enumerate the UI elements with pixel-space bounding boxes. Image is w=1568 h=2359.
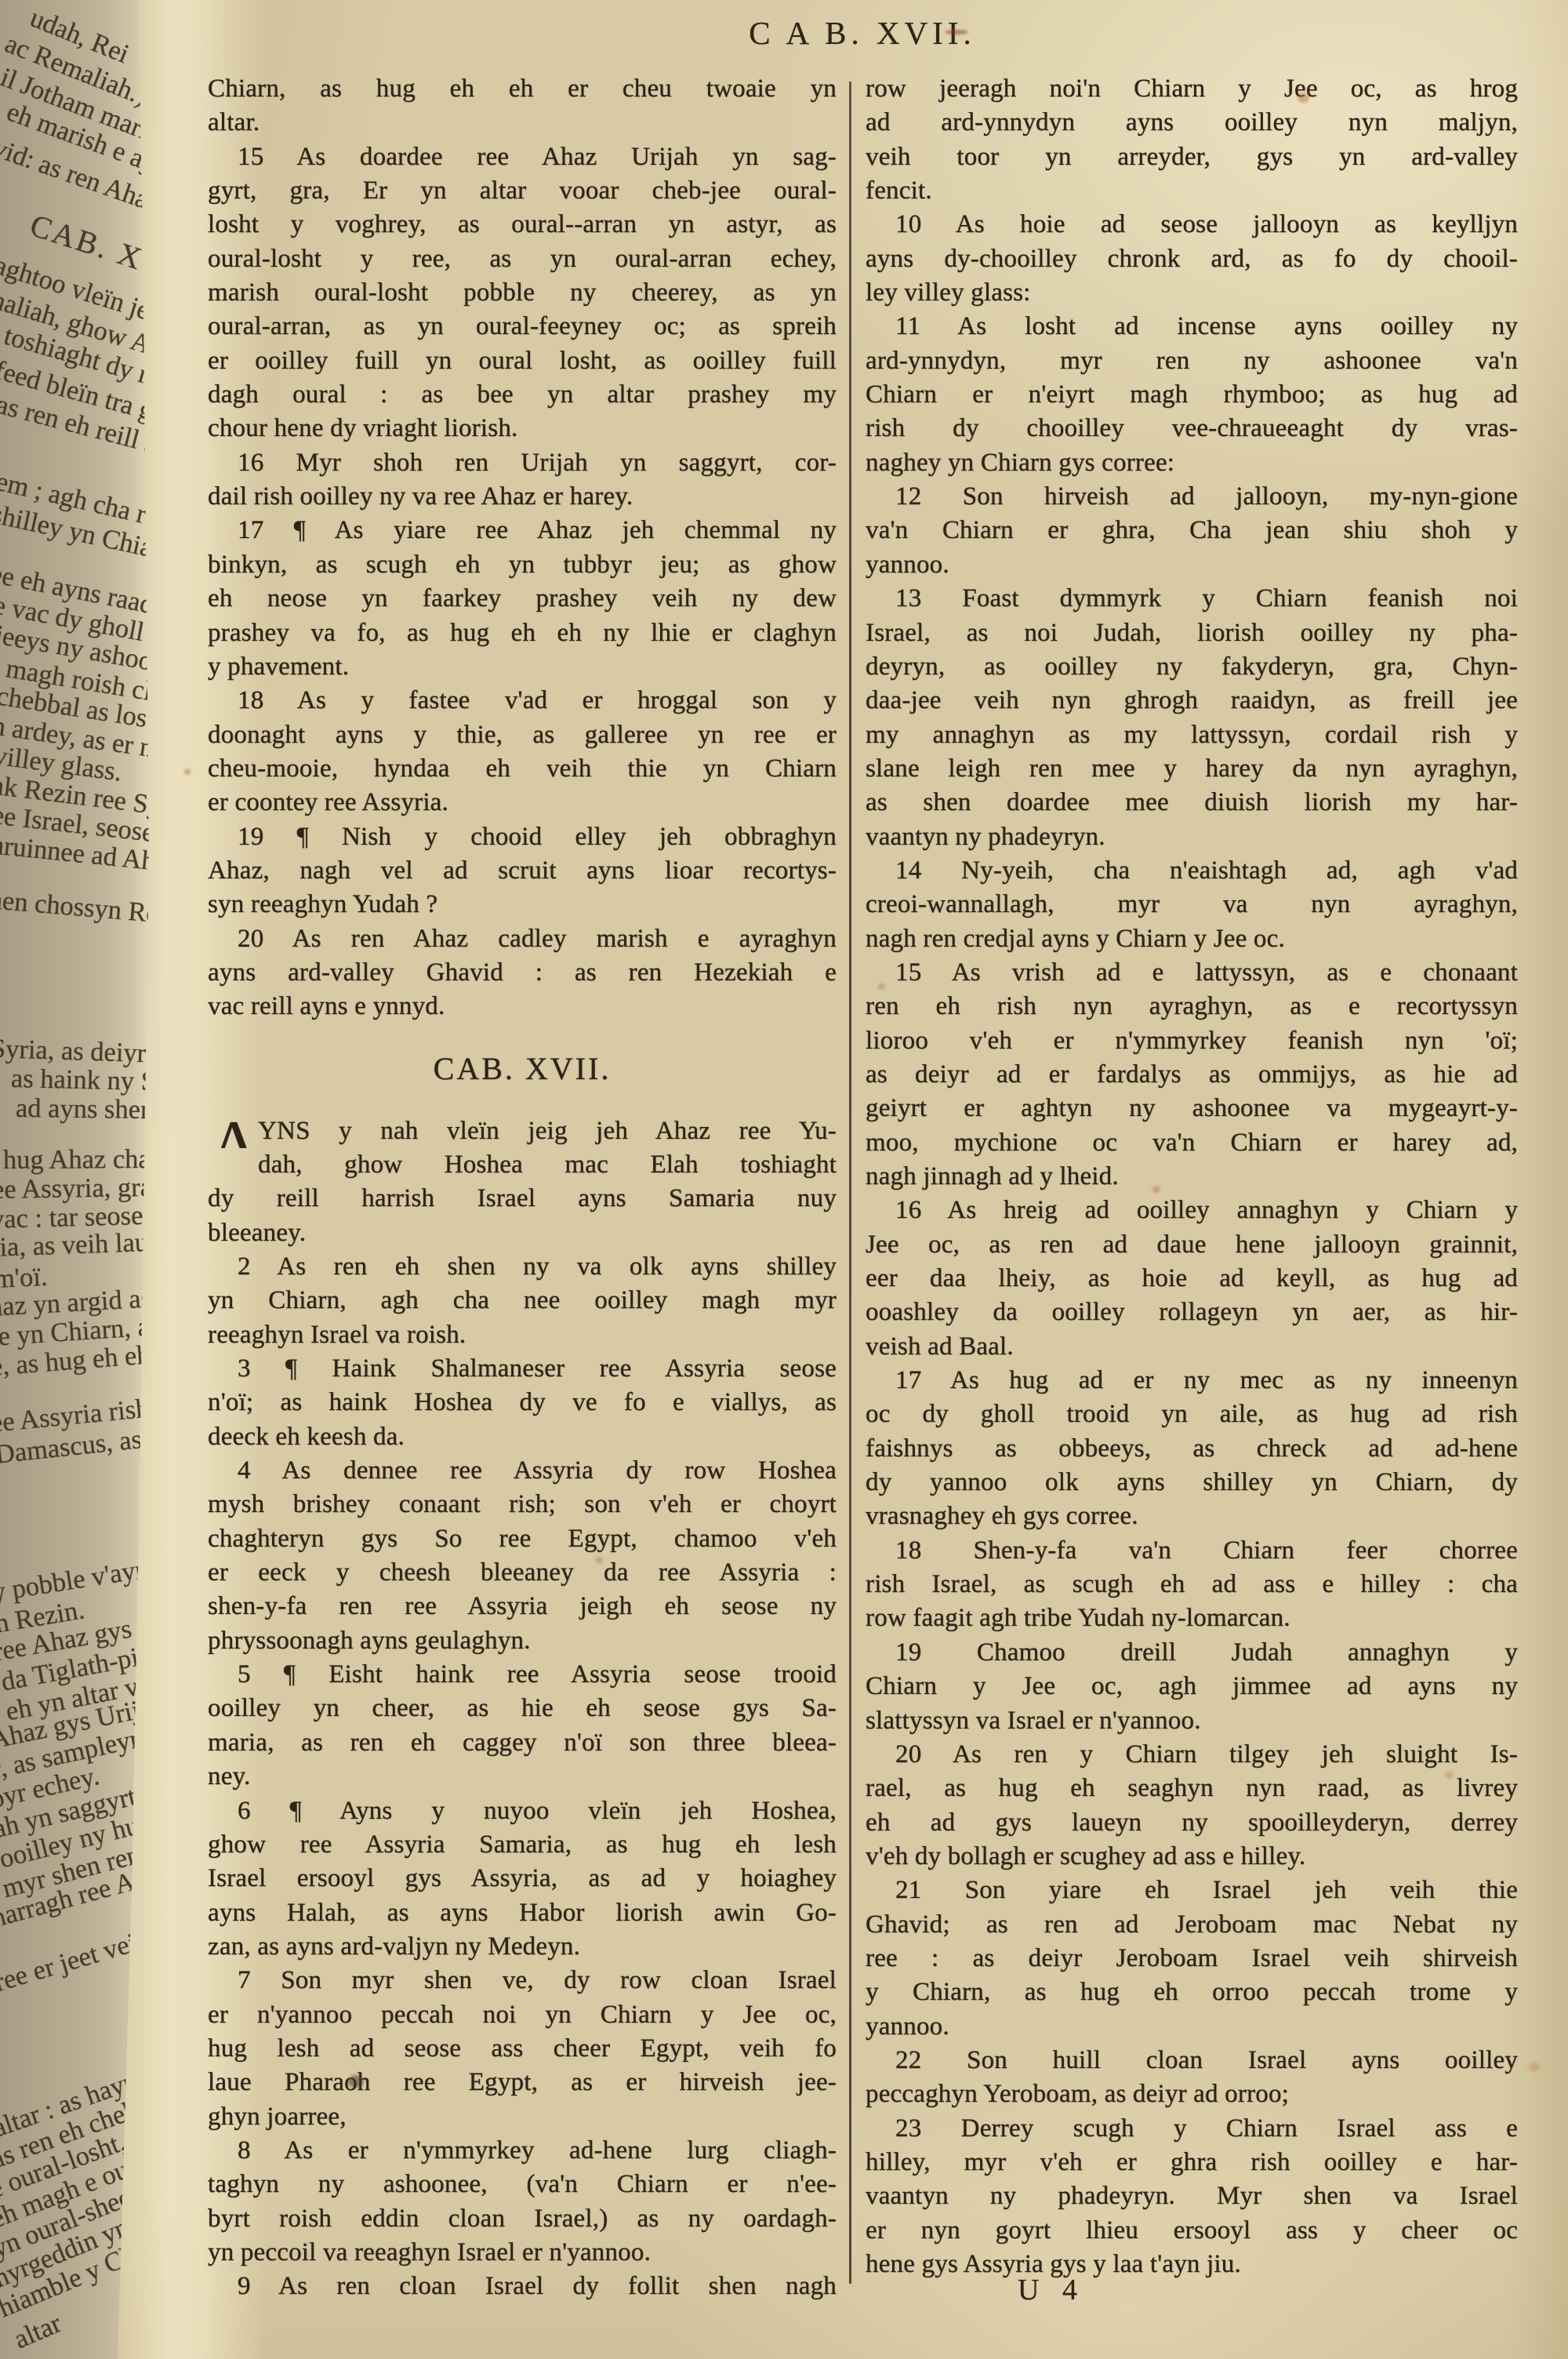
left-column: Chiarn, as hug eh eh er cheu twoaie ynal…: [208, 72, 837, 2304]
text-line: 3 ¶ Haink Shalmaneser ree Assyria seose: [208, 1352, 837, 1386]
text-line: dy reill harrish Israel ayns Samaria nuy: [208, 1182, 837, 1216]
text-line: n'oï; as haink Hoshea dy ve fo e viallys…: [208, 1386, 837, 1419]
text-line: vrasnaghey eh gys corree.: [866, 1499, 1518, 1533]
text-line: gyrt, gra, Er yn altar vooar cheb-jee ou…: [208, 174, 837, 208]
text-line: 19 ¶ Nish y chooid elley jeh obbraghyn: [208, 820, 837, 854]
text-line: bleeaney.: [208, 1216, 837, 1250]
text-line: ney.: [208, 1760, 837, 1794]
text-line: altar.: [208, 106, 837, 140]
text-line: eh neose yn faarkey prashey veih ny dew: [208, 582, 837, 616]
text-line: dagh oural : as bee yn altar prashey my: [208, 378, 837, 412]
text-line: 10 As hoie ad seose jallooyn as keylljyn: [866, 208, 1518, 242]
text-line: maria, as ren eh caggey n'oï son three b…: [208, 1726, 837, 1760]
text-line: eh ad gys laueyn ny spooilleyderyn, derr…: [866, 1806, 1518, 1840]
text-line: Jee oc, as ren ad daue hene jallooyn gra…: [866, 1228, 1518, 1262]
text-line: ard-ynnydyn, myr ren ny ashoonee va'n: [866, 344, 1518, 378]
running-head: C A B. XVII.: [208, 14, 1517, 52]
text-line: reeaghyn Israel va roish.: [208, 1318, 837, 1352]
text-line: 17 As hug ad er ny mec as ny inneenyn: [866, 1364, 1518, 1398]
text-line: syn reeaghyn Yudah ?: [208, 888, 837, 921]
text-line: Israel, as noi Judah, liorish ooilley ny…: [866, 616, 1518, 650]
text-line: prashey va fo, as hug eh eh ny lhie er c…: [208, 616, 837, 650]
text-line: ayns ard-valley Ghavid : as ren Hezekiah…: [208, 956, 837, 990]
text-line: yannoo.: [866, 548, 1518, 582]
text-line: 12 Son hirveish ad jallooyn, my-nyn-gion…: [866, 480, 1518, 514]
text-line: 17 ¶ As yiare ree Ahaz jeh chemmal ny: [208, 514, 837, 547]
text-line: 6 ¶ Ayns y nuyoo vleïn jeh Hoshea,: [208, 1794, 837, 1828]
text-line: 20 As ren Ahaz cadley marish e ayraghyn: [208, 922, 837, 956]
text-line: marish oural-losht pobble ny cheerey, as…: [208, 276, 837, 310]
text-line: losht y voghrey, as oural--arran yn asty…: [208, 208, 837, 242]
text-line: ooilley yn cheer, as hie eh seose gys Sa…: [208, 1692, 837, 1725]
text-line: 9 As ren cloan Israel dy follit shen nag…: [208, 2270, 837, 2303]
text-line: er ooilley fuill yn oural losht, as ooil…: [208, 344, 837, 378]
text-line: y Chiarn, as hug eh orroo peccah trome y: [866, 1976, 1518, 2009]
text-line: slattyssyn va Israel er n'yannoo.: [866, 1704, 1518, 1738]
text-line: er nyn goyrt lhieu ersooyl ass y cheer o…: [866, 2214, 1518, 2248]
foxing-spot: [184, 769, 191, 775]
text-line: v'eh dy bollagh er scughey ad ass e hill…: [866, 1840, 1518, 1874]
text-line: nagh ren credjal ayns y Chiarn y Jee oc.: [866, 922, 1518, 956]
text-line: 2 As ren eh shen ny va olk ayns shilley: [208, 1250, 837, 1284]
text-line: dail rish ooilley ny va ree Ahaz er hare…: [208, 480, 837, 514]
text-line: hug lesh ad seose ass cheer Egypt, veih …: [208, 2032, 837, 2066]
text-line: cheu-mooie, hyndaa eh veih thie yn Chiar…: [208, 752, 837, 786]
text-line: hilley, myr v'eh er ghra rish ooilley e …: [866, 2146, 1518, 2179]
text-line: laue Pharaoh ree Egypt, as er hirveish j…: [208, 2066, 837, 2099]
text-line: yn Chiarn, agh cha nee ooilley magh myr: [208, 1284, 837, 1318]
foxing-spot: [348, 2075, 364, 2088]
text-line: taghyn ny ashoonee, (va'n Chiarn er n'ee…: [208, 2168, 837, 2201]
foxing-spot: [1152, 1186, 1160, 1193]
drop-cap: A: [209, 1114, 260, 1148]
text-line: 16 As hreig ad ooilley annaghyn y Chiarn…: [866, 1194, 1518, 1227]
text-line: ooashley da ooilley rollageyn yn aer, as…: [866, 1296, 1518, 1329]
right-column: row jeeragh noi'n Chiarn y Jee oc, as hr…: [866, 72, 1518, 2281]
text-line: ree : as deiyr Jeroboam Israel veih shir…: [866, 1942, 1518, 1976]
text-line: row jeeragh noi'n Chiarn y Jee oc, as hr…: [866, 72, 1518, 106]
text-line: nagh jinnagh ad y lheid.: [866, 1160, 1518, 1194]
text-line: ayns dy-chooilley chronk ard, as fo dy c…: [866, 242, 1518, 276]
text-line: vaantyn ny phadeyryn.: [866, 820, 1518, 854]
text-line: rael, as hug eh seaghyn nyn raad, as liv…: [866, 1772, 1518, 1805]
text-line: 14 Ny-yeih, cha n'eaishtagh ad, agh v'ad: [866, 854, 1518, 888]
signature-mark: U 4: [1018, 2273, 1085, 2307]
text-line: as shen doardee mee diuish liorish my ha…: [866, 786, 1518, 820]
text-line: mysh brishey conaant rish; son v'eh er c…: [208, 1488, 837, 1521]
text-line: deyryn, as ooilley ny fakyderyn, gra, Ch…: [866, 650, 1518, 684]
text-line: byrt roish eddin cloan Israel,) as ny oa…: [208, 2202, 837, 2236]
text-line: veih toor yn arreyder, gys yn ard-valley: [866, 140, 1518, 174]
text-line: faishnys as obbeeys, as chreck ad ad-hen…: [866, 1432, 1518, 1466]
text-line: rish dy chooilley vee-chraueeaght dy vra…: [866, 412, 1518, 445]
text-line: ren eh rish nyn ayraghyn, as e recortyss…: [866, 990, 1518, 1023]
text-line: row faagit agh tribe Yudah ny-lomarcan.: [866, 1601, 1518, 1635]
margin-fragment: ria, as veih laue: [0, 1227, 161, 1263]
chapter-heading: CAB. XVII.: [208, 1050, 837, 1088]
text-line: yannoo.: [866, 2010, 1518, 2044]
text-line: binkyn, as scugh eh yn tubbyr jeu; as gh…: [208, 548, 837, 582]
text-line: 22 Son huill cloan Israel ayns ooilley: [866, 2044, 1518, 2077]
foxing-spot: [878, 983, 885, 990]
text-line: slane leigh ren mee y harey da nyn ayrag…: [866, 752, 1518, 786]
text-line: 8 As er n'ymmyrkey ad-hene lurg cliagh-: [208, 2134, 837, 2168]
text-line: 15 As vrish ad e lattyssyn, as e chonaan…: [866, 956, 1518, 990]
text-line: Israel ersooyl gys Assyria, as ad y hoia…: [208, 1862, 837, 1896]
text-line: rish Israel, as scugh eh ad ass e hilley…: [866, 1568, 1518, 1601]
text-line: 11 As losht ad incense ayns ooilley ny: [866, 310, 1518, 343]
text-line: dah, ghow Hoshea mac Elah toshiaght: [208, 1148, 837, 1182]
text-line: er eeck y cheesh bleeaney da ree Assyria…: [208, 1556, 837, 1590]
text-line: geiyrt er aghtyn ny ashoonee va mygeayrt…: [866, 1092, 1518, 1125]
text-line: yn peccoil va reeaghyn Israel er n'yanno…: [208, 2236, 837, 2270]
text-line: zan, as ayns ard-valjyn ny Medeyn.: [208, 1930, 837, 1964]
text-line: lioroo v'eh er n'ymmyrkey feanish nyn 'o…: [866, 1024, 1518, 1058]
text-line: 7 Son myr shen ve, dy row cloan Israel: [208, 1964, 837, 1997]
text-line: peccaghyn Yeroboam, as deiyr ad orroo;: [866, 2077, 1518, 2111]
text-line: oural-arran, as yn oural-feeyney oc; as …: [208, 310, 837, 343]
text-line: 23 Derrey scugh y Chiarn Israel ass e: [866, 2112, 1518, 2146]
foxing-spot: [596, 1557, 603, 1564]
text-line: chaghteryn gys So ree Egypt, chamoo v'eh: [208, 1522, 837, 1556]
text-line: 20 As ren y Chiarn tilgey jeh sluight Is…: [866, 1738, 1518, 1772]
text-line: daa-jee veih nyn ghrogh raaidyn, as frei…: [866, 684, 1518, 718]
text-line: va'n Chiarn er ghra, Cha jean shiu shoh …: [866, 514, 1518, 547]
foxing-spot: [945, 30, 968, 35]
text-line: 13 Foast dymmyrk y Chiarn feanish noi: [866, 582, 1518, 616]
text-line: oural-losht y ree, as yn oural-arran ech…: [208, 242, 837, 276]
text-line: ghyn joarree,: [208, 2100, 837, 2134]
text-line: as deiyr ad er fardalys as ommijys, as h…: [866, 1058, 1518, 1092]
text-line: Chiarn er n'eiyrt magh rhymboo; as hug a…: [866, 378, 1518, 412]
text-line: 15 As doardee ree Ahaz Urijah yn sag-: [208, 140, 837, 174]
text-line: er coontey ree Assyria.: [208, 786, 837, 820]
text-line: 16 Myr shoh ren Urijah yn saggyrt, cor-: [208, 446, 837, 480]
text-line: 5 ¶ Eisht haink ree Assyria seose trooid: [208, 1658, 837, 1692]
text-line: 18 As y fastee v'ad er hroggal son y: [208, 684, 837, 718]
text-line: ad ard-ynnydyn ayns ooilley nyn maljyn,: [866, 106, 1518, 140]
foxing-spot: [1445, 1771, 1454, 1779]
text-line: er n'yannoo peccah noi yn Chiarn y Jee o…: [208, 1998, 837, 2032]
text-line: 4 As dennee ree Assyria dy row Hoshea: [208, 1454, 837, 1488]
text-line: chour hene dy vriaght liorish.: [208, 412, 837, 445]
text-line: veish ad Baal.: [866, 1330, 1518, 1364]
text-line: shen-y-fa ren ree Assyria jeigh eh seose…: [208, 1590, 837, 1623]
column-divider-rule: [849, 82, 851, 2284]
text-line: my annaghyn as my lattyssyn, cordail ris…: [866, 718, 1518, 752]
text-line: Chiarn y Jee oc, agh jimmee ad ayns ny: [866, 1670, 1518, 1703]
text-line: 19 Chamoo dreill Judah annaghyn y: [866, 1636, 1518, 1670]
text-line: oc dy gholl trooid yn aile, as hug ad ri…: [866, 1398, 1518, 1431]
text-line: Chiarn, as hug eh eh er cheu twoaie yn: [208, 72, 837, 106]
text-line: Ahaz, nagh vel ad scruit ayns lioar reco…: [208, 854, 837, 888]
text-line: moo, mychione oc va'n Chiarn er harey ad…: [866, 1126, 1518, 1160]
text-line: naghey yn Chiarn gys corree:: [866, 446, 1518, 480]
text-line: creoi-wannallagh, myr va nyn ayraghyn,: [866, 888, 1518, 921]
text-line: AYNS y nah vleïn jeig jeh Ahaz ree Yu-: [208, 1114, 837, 1148]
text-line: 21 Son yiare eh Israel jeh veih thie: [866, 1874, 1518, 1907]
foxing-spot: [1298, 93, 1309, 103]
text-line: y phavement.: [208, 650, 837, 684]
page-scan: udah, Reiac Remaliah.)il Jotham marish e…: [0, 0, 1568, 2359]
text-line: phryssoonagh ayns geulaghyn.: [208, 1624, 837, 1658]
text-line: Ghavid; as ren ad Jeroboam mac Nebat ny: [866, 1908, 1518, 1942]
text-line: deeck eh keesh da.: [208, 1420, 837, 1454]
text-line: 18 Shen-y-fa va'n Chiarn feer chorree: [866, 1534, 1518, 1568]
text-line: dy yannoo olk ayns shilley yn Chiarn, dy: [866, 1466, 1518, 1499]
text-line: hene gys Assyria gys y laa t'ayn jiu.: [866, 2248, 1518, 2281]
text-line: ayns Halah, as ayns Habor liorish awin G…: [208, 1896, 837, 1930]
text-line: vac reill ayns e ynnyd.: [208, 990, 837, 1023]
text-line: eer daa lheiy, as hoie ad keyll, as hug …: [866, 1262, 1518, 1296]
text-line: ley villey glass:: [866, 276, 1518, 310]
text-line: vaantyn ny phadeyryn. Myr shen va Israel: [866, 2179, 1518, 2213]
text-line: fencit.: [866, 174, 1518, 208]
text-line: doonaght ayns y thie, as galleree yn ree…: [208, 718, 837, 752]
text-line: ghow ree Assyria Samaria, as hug eh lesh: [208, 1828, 837, 1862]
foxing-spot: [1529, 2063, 1540, 2072]
